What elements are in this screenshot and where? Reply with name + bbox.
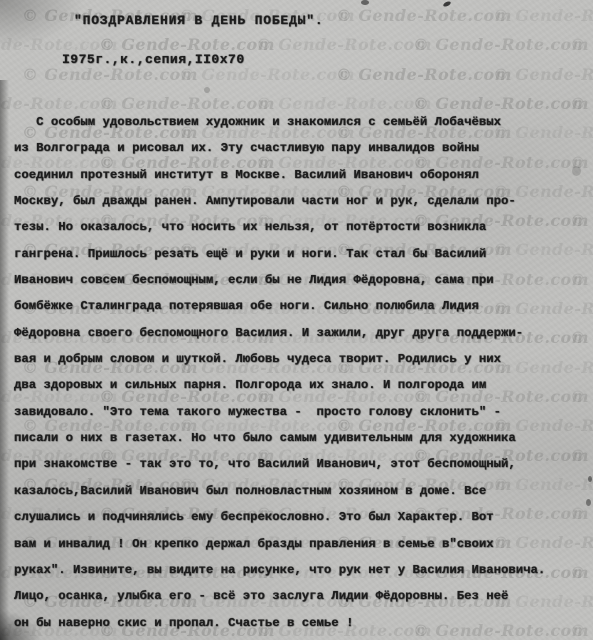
watermark-text: © Gende-Rote.com [570,621,593,640]
body-line: Москву, был дважды ранен. Ампутировали ч… [14,188,545,214]
body-line: из Волгограда и рисовал их. Эту счастлив… [14,135,545,161]
scan-speck [204,87,210,93]
watermark-text: © Gende-Rote.com [493,65,593,84]
watermark-text: © Gende-Rote.com [570,387,593,406]
scan-edge-shadow-left [0,80,9,640]
watermark-text: © Gende-Rote.com [413,35,589,54]
watermark-text: © Gende-Rote.com [179,65,355,84]
scan-speck [588,476,592,482]
watermark-text: © Gende-Rote.com [570,563,593,582]
body-line: гангрена. Пришлось резать ещё и руки и н… [14,241,545,267]
watermark-text: © Gende-Rote.com [256,35,432,54]
watermark-text: © Gende-Rote.com [570,504,593,523]
watermark-text: © Gende-Rote.com [493,6,593,25]
watermark-text: © Gende-Rote.com [570,153,593,172]
watermark-text: © Gende-Rote.com [22,65,198,84]
watermark-text: © Gende-Rote.com [336,6,512,25]
body-line: С особым удовольствием художник и знаком… [14,109,545,135]
body-line: Иванович совсем беспомощным, если бы не … [14,267,545,293]
watermark-text: © Gende-Rote.com [570,446,593,465]
watermark-text: © Gende-Rote.com [570,211,593,230]
body-line: бомбёжке Сталинграда потерявшая обе ноги… [14,293,545,319]
scan-speck [361,0,369,5]
body-line: казалось,Василий Иванович был полновласт… [14,478,545,504]
body-line: вам и инвалид ! Он крепко держал бразды … [14,531,545,557]
body-line: завидовало. "Это тема такого мужества - … [14,399,545,425]
artwork-details: I975г.,к.,сепия,II0х70 [62,52,245,67]
scanned-document-page: © Gende-Rote.com© Gende-Rote.com© Gende-… [0,0,593,640]
body-line: руках". Извините, вы видите на рисунке, … [14,557,545,583]
body-line: слушались и подчинялись ему беспрекослов… [14,504,545,530]
watermark-text: © Gende-Rote.com [336,65,512,84]
body-line: он бы наверно скис и пропал. Счастье в с… [14,610,545,636]
scan-speck [586,499,591,506]
body-line: два здоровых и сильных парня. Полгорода … [14,372,545,398]
watermark-text: © Gende-Rote.com [570,35,593,54]
body-line: писали о них в газетах. Но что было самы… [14,425,545,451]
body-line: тезы. Но оказалось, что носить их нельзя… [14,214,545,240]
watermark-text: © Gende-Rote.com [570,270,593,289]
body-line: соединил протезный институт в Москве. Ва… [14,162,545,188]
scan-speck [572,166,581,176]
document-body: С особым удовольствием художник и знаком… [14,109,545,636]
body-line: Лицо, осанка, улыбка его - всё это заслу… [14,583,545,609]
body-line: Фёдоровна своего беспомощного Василия. И… [14,320,545,346]
watermark-text: © Gende-Rote.com [570,94,593,113]
scan-speck [443,0,452,7]
body-line: вая и добрым словом и шуткой. Любовь чуд… [14,346,545,372]
body-line: при знакомстве - так это то, что Василий… [14,451,545,477]
watermark-text: © Gende-Rote.com [570,328,593,347]
artwork-title: "ПОЗДРАВЛЕНИЯ В ДЕНЬ ПОБЕДЫ". [74,13,323,28]
